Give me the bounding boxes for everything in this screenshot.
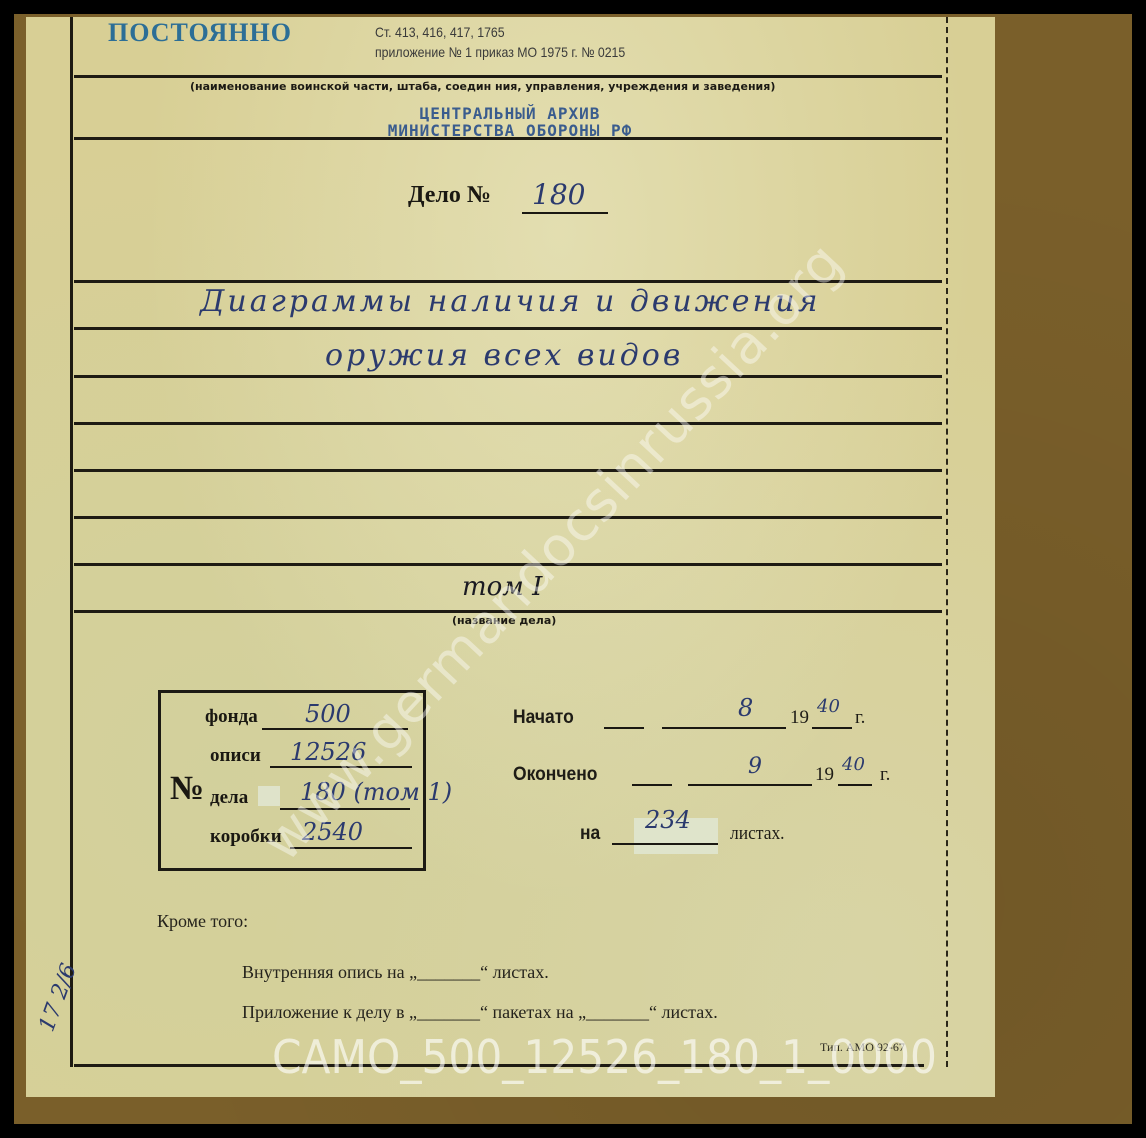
ended-year-prefix: 19 (815, 764, 834, 786)
sheets-suffix: листах. (730, 823, 785, 845)
started-year-suffix: г. (855, 707, 865, 729)
case-number-value: 180 (532, 178, 585, 211)
reference-articles: Ст. 413, 416, 417, 1765 (375, 24, 505, 40)
sheets-underline (612, 843, 718, 845)
ended-day-line (632, 784, 672, 786)
started-day-line (604, 727, 644, 729)
started-year-value: 40 (817, 696, 840, 717)
file-id-watermark: CAMO_500_12526_180_1_0000 (272, 1030, 937, 1084)
rule-line (74, 327, 942, 330)
extras-heading: Кроме того: (157, 911, 248, 932)
started-month-line (662, 727, 786, 729)
right-dashed-border (946, 17, 948, 1067)
rule-line (74, 422, 942, 425)
ended-year-suffix: г. (880, 764, 890, 786)
unit-name-caption: (наименование воинской части, штаба, сое… (190, 80, 775, 93)
case-title-line-2: оружия всех видов (325, 338, 683, 373)
ended-year-value: 40 (842, 754, 865, 775)
rule-line (74, 375, 942, 378)
number-sign: № (170, 770, 204, 808)
started-month-value: 8 (738, 694, 753, 722)
ended-label: Окончено (513, 764, 597, 786)
fond-label: фонда (205, 706, 258, 728)
started-year-line (812, 727, 852, 729)
ended-month-line (688, 784, 812, 786)
started-year-prefix: 19 (790, 707, 809, 729)
case-number-underline (522, 212, 608, 214)
case-title-line-1: Диаграммы наличия и движения (200, 284, 820, 319)
attachment-line: Приложение к делу в „_______“ пакетах на… (242, 1002, 718, 1023)
opis-label: описи (210, 745, 261, 767)
fond-value: 500 (305, 700, 351, 728)
left-margin-line (70, 17, 73, 1067)
reference-order: приложение № 1 приказ МО 1975 г. № 0215 (375, 44, 625, 60)
case-number-label: Дело № (408, 182, 491, 209)
ended-month-value: 9 (748, 754, 762, 779)
inner-inventory-line: Внутренняя опись на „_______“ листах. (242, 962, 549, 983)
rule-line (74, 75, 942, 78)
sheets-value: 234 (645, 806, 691, 834)
rule-line (74, 469, 942, 472)
delo-label: дела (210, 787, 248, 809)
rule-line (74, 516, 942, 519)
started-label: Начато (513, 707, 574, 729)
retention-stamp: ПОСТОЯННО (108, 18, 292, 48)
ended-year-line (838, 784, 872, 786)
sheets-prefix: на (580, 823, 600, 845)
rule-line (74, 137, 942, 140)
